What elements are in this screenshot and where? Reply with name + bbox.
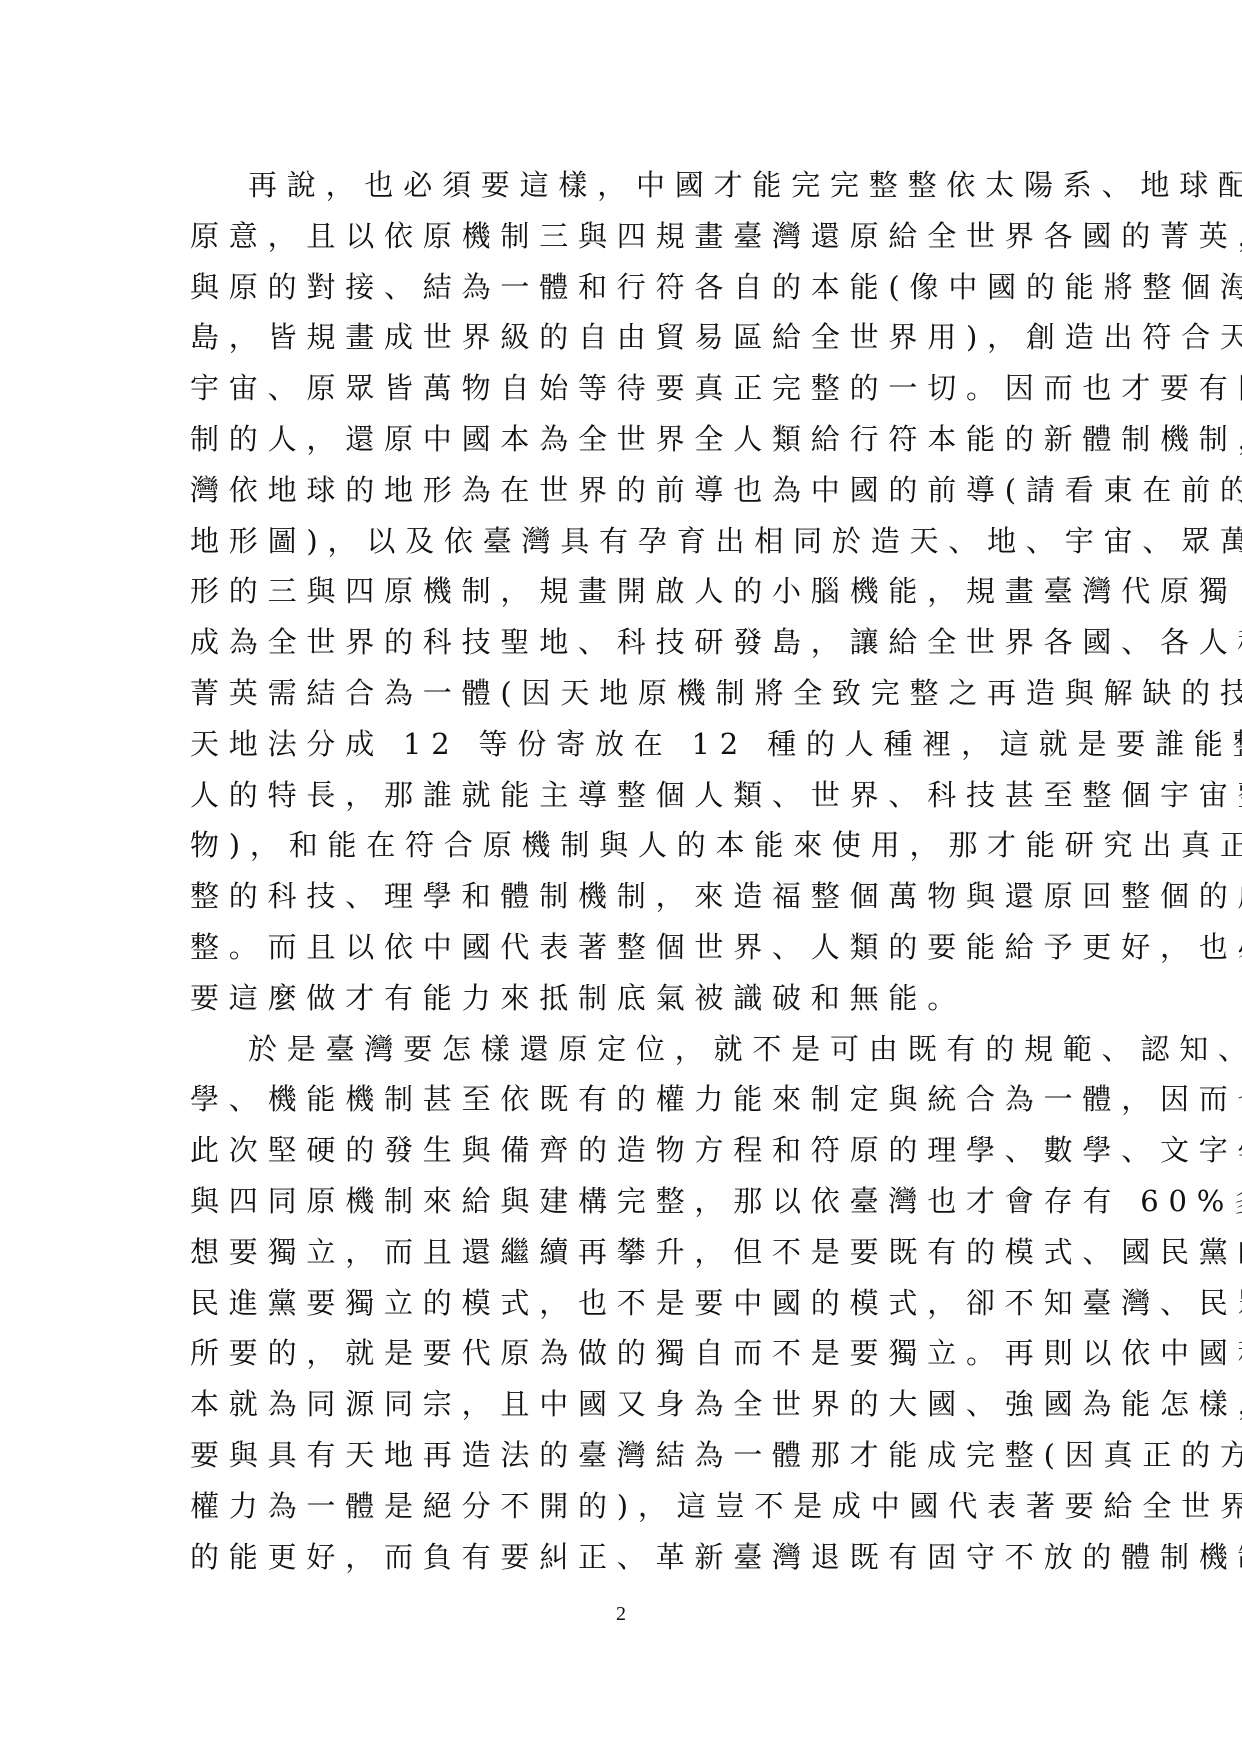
text-line: 與四同原機制來給與建構完整，那以依臺灣也才會存有 60%多的民眾: [190, 1176, 1060, 1227]
text-line: 灣依地球的地形為在世界的前導也為中國的前導(請看東在前的世界: [190, 465, 1060, 516]
document-page: 再說，也必須要這樣，中國才能完完整整依太陽系、地球配給的 原意，且以依原機制三與…: [0, 0, 1242, 1758]
text-line: 整。而且以依中國代表著整個世界、人類的要能給予更好，也必須: [190, 922, 1060, 973]
page-number: 2: [0, 1600, 1242, 1628]
text-line: 原意，且以依原機制三與四規畫臺灣還原給全世界各國的菁英，能來: [190, 211, 1060, 262]
text-line: 要與具有天地再造法的臺灣結為一體那才能成完整(因真正的方法與: [190, 1430, 1060, 1481]
text-line: 制的人，還原中國本為全世界全人類給行符本能的新體制機制，將臺: [190, 414, 1060, 465]
text-line: 與原的對接、結為一體和行符各自的本能(像中國的能將整個海南: [190, 262, 1060, 313]
text-line: 形的三與四原機制，規畫開啟人的小腦機能，規畫臺灣代原獨自一格: [190, 566, 1060, 617]
text-line: 權力為一體是絕分不開的)，這豈不是成中國代表著要給全世界未來: [190, 1481, 1060, 1532]
text-line: 所要的，就是要代原為做的獨自而不是要獨立。再則以依中國和臺灣: [190, 1328, 1060, 1379]
text-line: 想要獨立，而且還繼續再攀升，但不是要既有的模式、國民黨的模式、: [190, 1227, 1060, 1278]
text-line: 民進黨要獨立的模式，也不是要中國的模式，卻不知臺灣、民眾、本: [190, 1278, 1060, 1329]
text-line: 人的特長，那誰就能主導整個人類、世界、科技甚至整個宇宙整個萬: [190, 770, 1060, 821]
paragraph-2: 於是臺灣要怎樣還原定位，就不是可由既有的規範、認知、理 學、機能機制甚至依既有的…: [190, 1024, 1060, 1583]
text-line: 再說，也必須要這樣，中國才能完完整整依太陽系、地球配給的: [190, 160, 1060, 211]
text-line: 的能更好，而負有要糾正、革新臺灣退既有固守不放的體制機制，那: [190, 1532, 1060, 1583]
body-text: 再說，也必須要這樣，中國才能完完整整依太陽系、地球配給的 原意，且以依原機制三與…: [190, 160, 1060, 1582]
text-line: 整的科技、理學和體制機制，來造福整個萬物與還原回整個的成完: [190, 871, 1060, 922]
text-line: 島，皆規畫成世界級的自由貿易區給全世界用)，創造出符合天地、: [190, 312, 1060, 363]
text-line: 學、機能機制甚至依既有的權力能來制定與統合為一體，因而也才有: [190, 1074, 1060, 1125]
text-line: 地形圖)，以及依臺灣具有孕育出相同於造天、地、宇宙、眾萬物成: [190, 516, 1060, 567]
paragraph-1: 再說，也必須要這樣，中國才能完完整整依太陽系、地球配給的 原意，且以依原機制三與…: [190, 160, 1060, 1024]
text-line: 成為全世界的科技聖地、科技研發島，讓給全世界各國、各人種的: [190, 617, 1060, 668]
text-line: 菁英需結合為一體(因天地原機制將全致完整之再造與解缺的技能、: [190, 668, 1060, 719]
text-line: 宇宙、原眾皆萬物自始等待要真正完整的一切。因而也才要有同原機: [190, 363, 1060, 414]
text-line: 天地法分成 12 等份寄放在 12 種的人種裡，這就是要誰能整合 12 種: [190, 719, 1060, 770]
text-line: 本就為同源同宗，且中國又身為全世界的大國、強國為能怎樣，本就: [190, 1379, 1060, 1430]
text-line: 要這麼做才有能力來抵制底氣被識破和無能。: [190, 973, 1060, 1024]
text-line: 此次堅硬的發生與備齊的造物方程和符原的理學、數學、文字學之三: [190, 1125, 1060, 1176]
text-line: 於是臺灣要怎樣還原定位，就不是可由既有的規範、認知、理: [190, 1024, 1060, 1075]
text-line: 物)，和能在符合原機制與人的本能來使用，那才能研究出真正為完: [190, 820, 1060, 871]
